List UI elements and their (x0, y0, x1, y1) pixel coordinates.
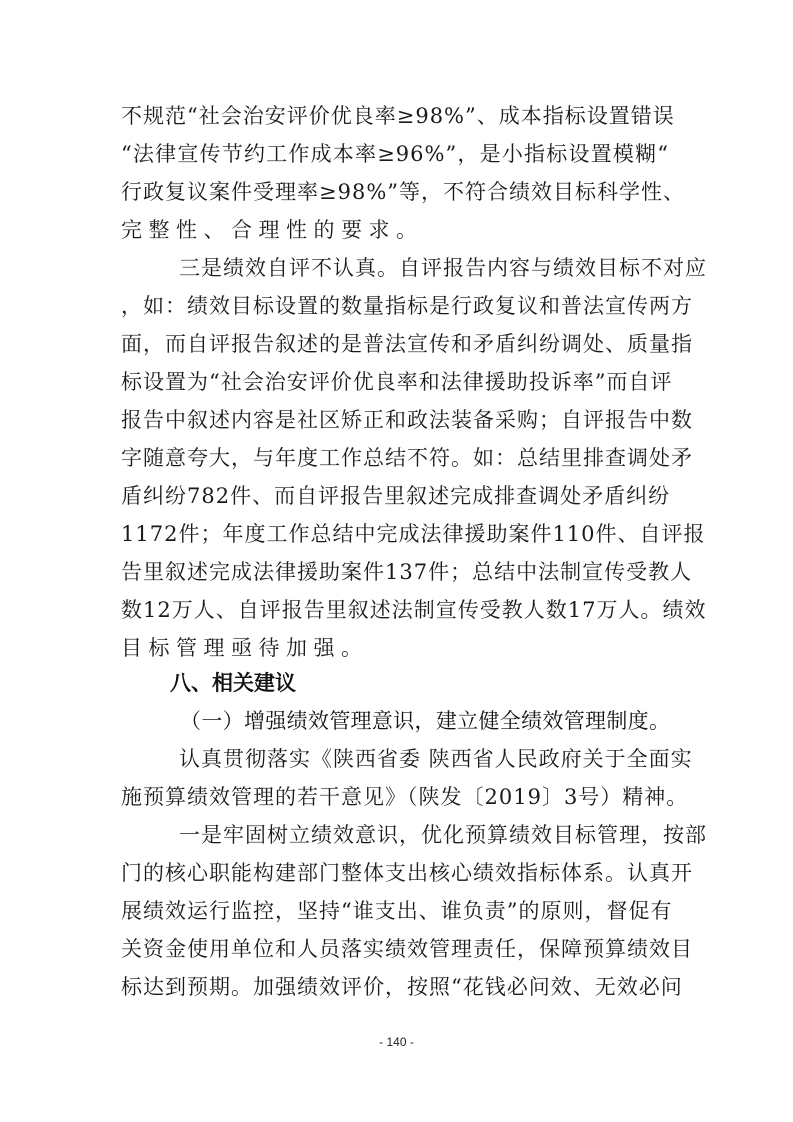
body-text-line: 面，而自评报告叙述的是普法宣传和矛盾纠纷调处、质量指 (121, 329, 669, 359)
body-text-line: 标达到预期。加强绩效评价，按照“花钱必问效、无效必问 (121, 972, 669, 1002)
body-text-line: 门的核心职能构建部门整体支出核心绩效指标体系。认真开 (121, 858, 669, 888)
body-text-line: 展绩效运行监控，坚持“谁支出、谁负责”的原则，督促有 (121, 896, 669, 926)
section-heading: 八、相关建议 (170, 668, 296, 698)
body-text-line: 行政复议案件受理率≥98%”等，不符合绩效目标科学性、 (121, 177, 669, 207)
document-page: 不规范“社会治安评价优良率≥98%”、成本指标设置错误 “法律宣传节约工作成本率… (0, 0, 793, 1122)
body-text-line: 字随意夸大，与年度工作总结不符。如：总结里排查调处矛 (121, 443, 669, 473)
body-text-line: 告里叙述完成法律援助案件137件；总结中法制宣传受教人 (121, 557, 669, 587)
body-text-line: 施预算绩效管理的若干意见》（陕发〔2019〕3号）精神。 (121, 782, 669, 812)
subsection-heading: （一）增强绩效管理意识，建立健全绩效管理制度。 (180, 706, 670, 736)
body-text-line: 关资金使用单位和人员落实绩效管理责任，保障预算绩效目 (121, 934, 669, 964)
body-text-line: 报告中叙述内容是社区矫正和政法装备采购；自评报告中数 (121, 405, 669, 435)
body-text-line: 三是绩效自评不认真。自评报告内容与绩效目标不对应 (179, 253, 669, 283)
body-text-line: 不规范“社会治安评价优良率≥98%”、成本指标设置错误 (121, 101, 669, 131)
body-text-line: 完整性、合理性的要求。 (121, 215, 669, 245)
body-text-line: 标设置为“社会治安评价优良率和法律援助投诉率”而自评 (121, 367, 669, 397)
body-text-line: “法律宣传节约工作成本率≥96%”，是小指标设置模糊“ (121, 139, 669, 169)
body-text-line: ，如：绩效目标设置的数量指标是行政复议和普法宣传两方 (121, 291, 669, 321)
body-text-line: 1172件；年度工作总结中完成法律援助案件110件、自评报 (121, 519, 669, 549)
body-text-line: 数12万人、自评报告里叙述法制宣传受教人数17万人。绩效 (121, 595, 669, 625)
body-text-line: 认真贯彻落实《陕西省委 陕西省人民政府关于全面实 (179, 744, 669, 774)
body-text-line: 目标管理亟待加强。 (121, 633, 669, 663)
page-number: - 140 - (0, 1034, 793, 1050)
body-text-line: 一是牢固树立绩效意识，优化预算绩效目标管理，按部 (179, 820, 669, 850)
body-text-line: 盾纠纷782件、而自评报告里叙述完成排查调处矛盾纠纷 (121, 481, 669, 511)
